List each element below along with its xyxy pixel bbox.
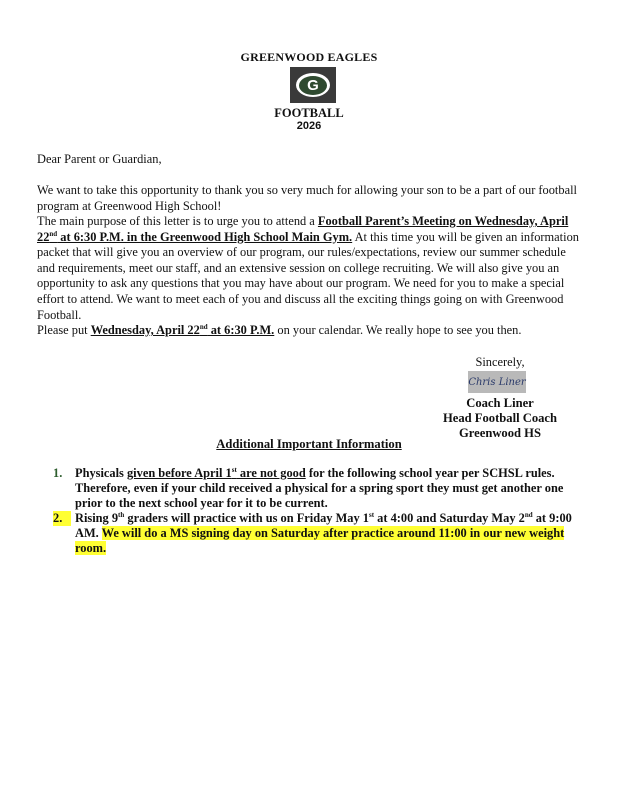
- list-item: 1. Physicals given before April 1st are …: [53, 466, 588, 511]
- salutation: Dear Parent or Guardian,: [37, 152, 585, 168]
- list-number: 1.: [53, 466, 71, 481]
- calendar-date-b: at 6:30 P.M.: [208, 323, 275, 337]
- logo-oval: G: [296, 73, 330, 97]
- item-underlined-b: are not good: [237, 466, 306, 480]
- item-sup-c: nd: [525, 511, 533, 519]
- meeting-text-b: at 6:30 P.M. in the Greenwood High Schoo…: [57, 230, 352, 244]
- item-lead: Physicals: [75, 466, 127, 480]
- item-underlined-a: given before April 1: [127, 466, 232, 480]
- closing: Sincerely,: [420, 355, 580, 370]
- section-title: Additional Important Information: [0, 437, 618, 452]
- item-underlined: given before April 1st are not good: [127, 466, 306, 480]
- signer-block: Coach Liner Head Football Coach Greenwoo…: [420, 396, 580, 441]
- calendar-rest: on your calendar. We really hope to see …: [274, 323, 521, 337]
- signature-image: Chris Liner: [468, 371, 526, 393]
- calendar-date: Wednesday, April 22nd at 6:30 P.M.: [91, 323, 275, 337]
- list-number: 2.: [53, 511, 71, 526]
- letter-page: GREENWOOD EAGLES G FOOTBALL 2026 Dear Pa…: [0, 0, 618, 800]
- paragraph-calendar: Please put Wednesday, April 22nd at 6:30…: [37, 323, 585, 339]
- sport-title: FOOTBALL: [0, 106, 618, 121]
- team-logo: G: [290, 67, 336, 103]
- team-name: GREENWOOD EAGLES: [0, 50, 618, 65]
- calendar-intro: Please put: [37, 323, 91, 337]
- item-part-a: Rising 9: [75, 511, 118, 525]
- list-item: 2. Rising 9th graders will practice with…: [53, 511, 588, 556]
- signature-text: Chris Liner: [468, 377, 525, 388]
- signer-name: Coach Liner: [420, 396, 580, 411]
- highlighted-note: We will do a MS signing day on Saturday …: [75, 526, 564, 555]
- paragraph-thanks: We want to take this opportunity to than…: [37, 183, 585, 214]
- info-list: 1. Physicals given before April 1st are …: [53, 466, 588, 556]
- calendar-date-sup: nd: [200, 323, 208, 331]
- signer-title: Head Football Coach: [420, 411, 580, 426]
- item-part-b: graders will practice with us on Friday …: [124, 511, 369, 525]
- g-logo-icon: G: [299, 76, 327, 95]
- meeting-intro: The main purpose of this letter is to ur…: [37, 214, 318, 228]
- season-year: 2026: [0, 120, 618, 132]
- paragraph-meeting: The main purpose of this letter is to ur…: [37, 214, 585, 323]
- item-part-c: at 4:00 and Saturday May 2: [374, 511, 525, 525]
- calendar-date-a: Wednesday, April 22: [91, 323, 200, 337]
